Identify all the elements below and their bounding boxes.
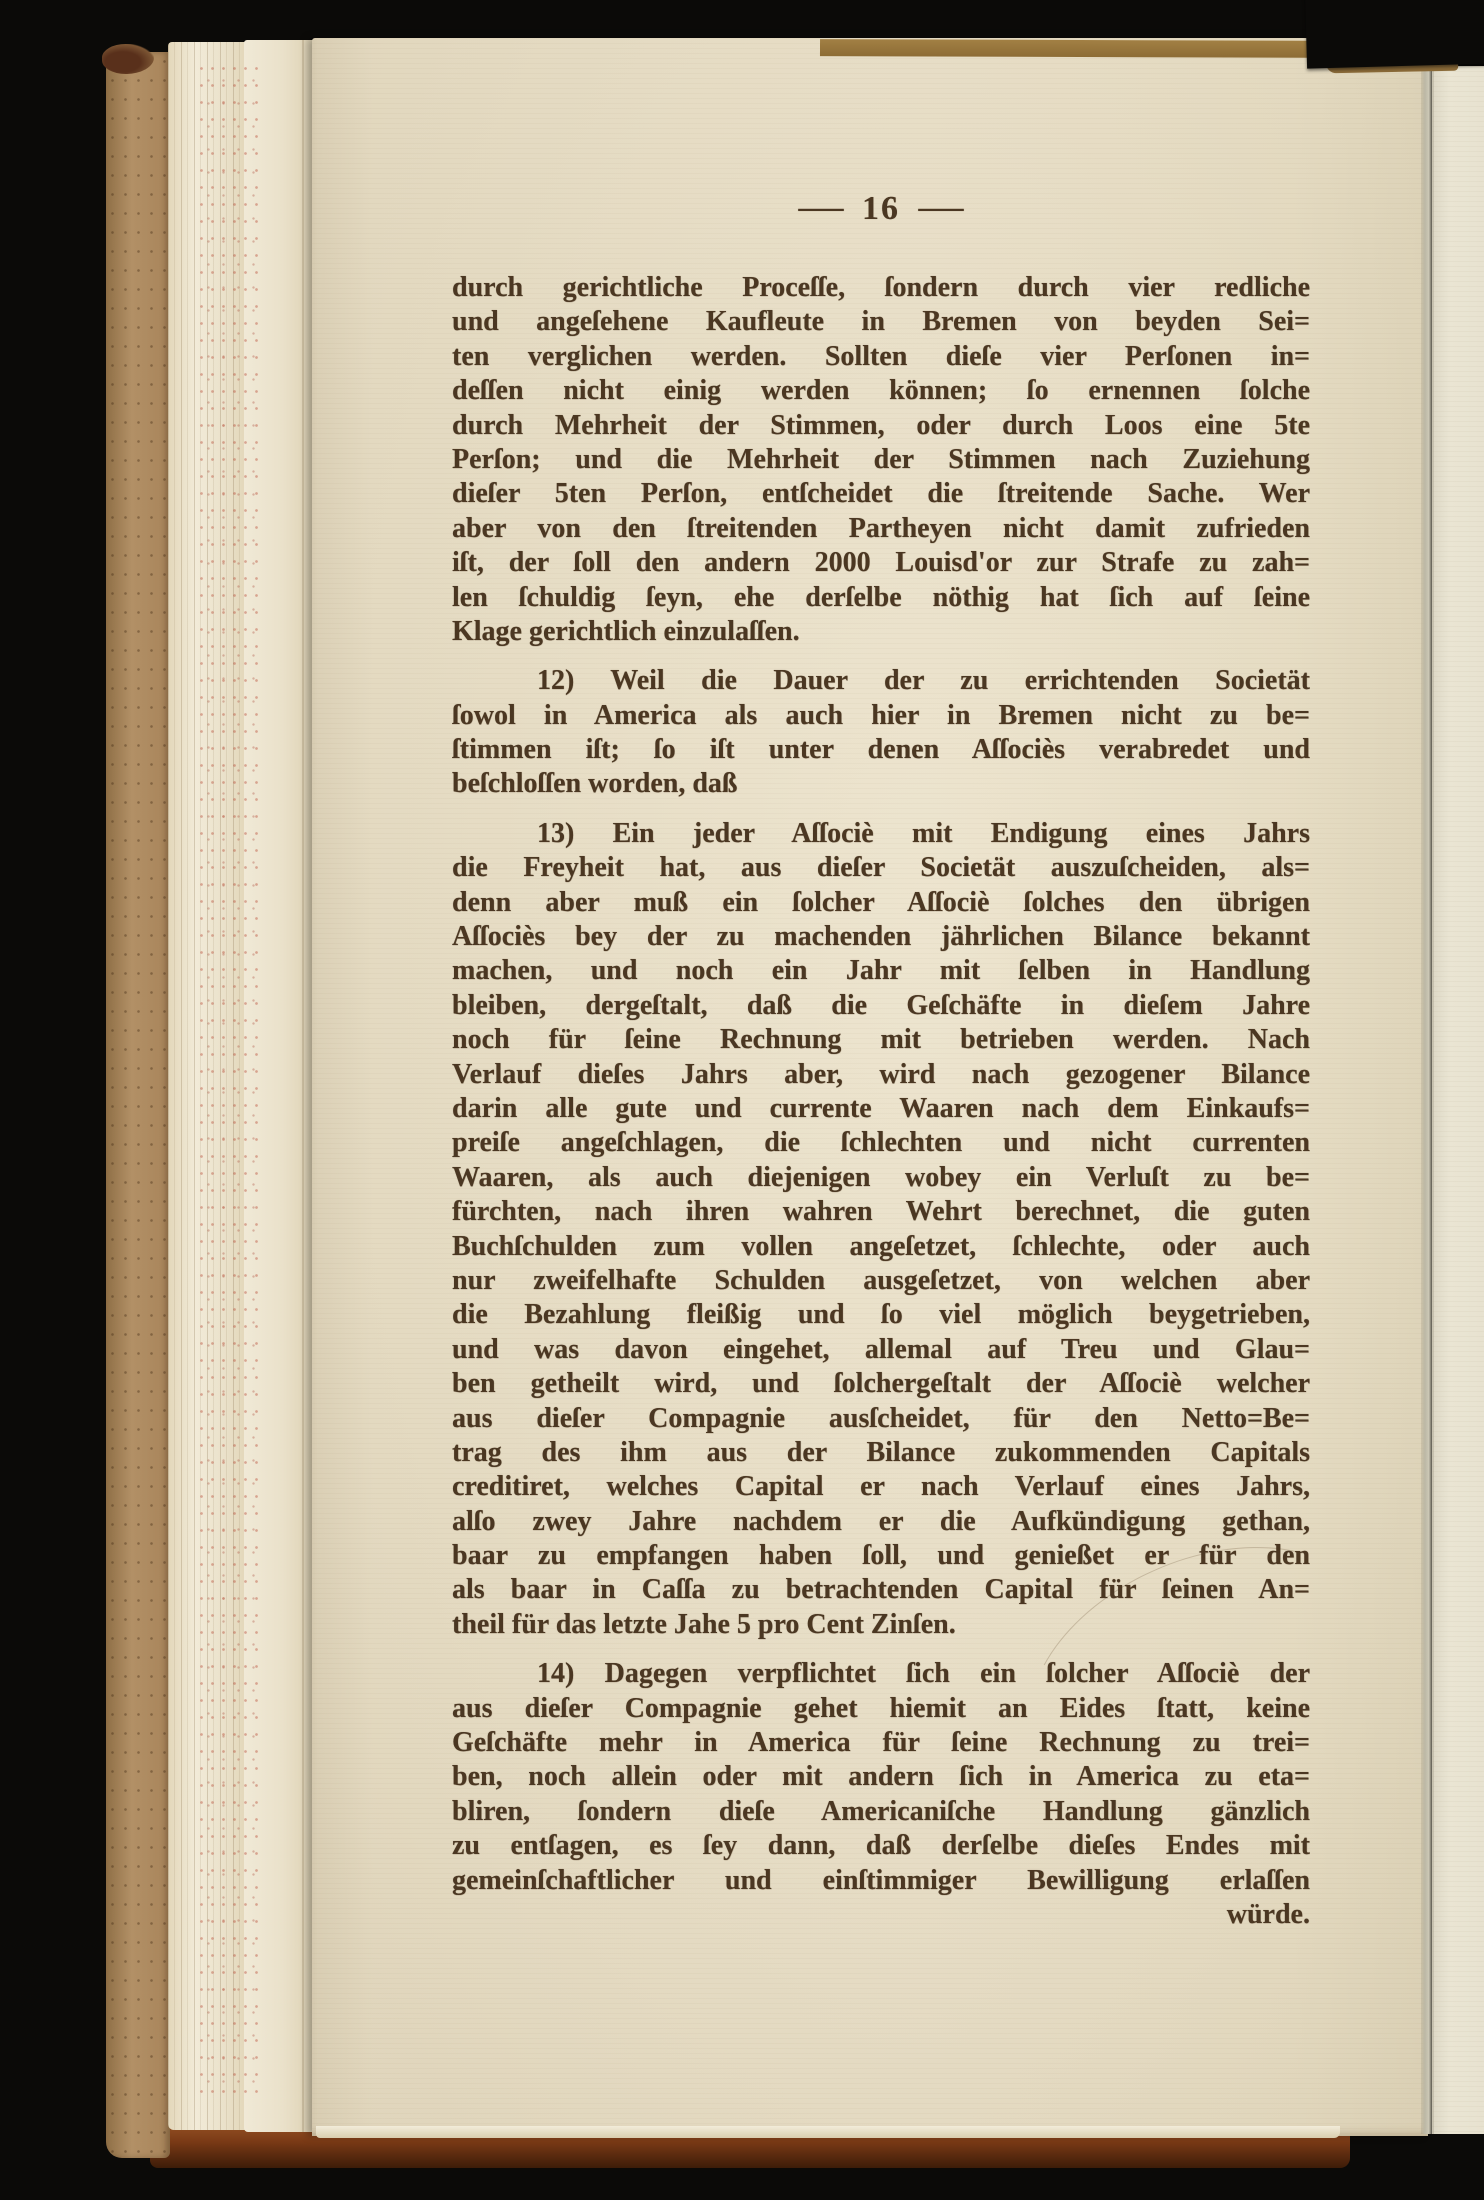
text-line: Klage gerichtlich einzulaſſen. — [452, 615, 1310, 649]
text-line: bleiben, dergeſtalt, daß die Geſchäfte i… — [452, 989, 1310, 1023]
page-number: 16 — [862, 190, 900, 227]
page-header: —16— — [452, 190, 1310, 228]
text-line: trag des ihm aus der Bilance zukommenden… — [452, 1436, 1310, 1470]
text-line: aus dieſer Compagnie ausſcheidet, für de… — [452, 1402, 1310, 1436]
text-line: baar zu empfangen haben ſoll, und genieß… — [452, 1539, 1310, 1573]
text-line: Verlauf dieſes Jahrs aber, wird nach gez… — [452, 1058, 1310, 1092]
text-line: machen, und noch ein Jahr mit ſelben in … — [452, 954, 1310, 988]
text-line: ſtimmen iſt; ſo iſt unter denen Aſſociès… — [452, 733, 1310, 767]
text-line: alſo zwey Jahre nachdem er die Aufkündig… — [452, 1505, 1310, 1539]
text-line: und angeſehene Kaufleute in Bremen von b… — [452, 305, 1310, 339]
text-block: durch gerichtliche Proceſſe, ſondern dur… — [452, 271, 1310, 1932]
text-line: 14) Dagegen verpflichtet ſich ein ſolche… — [452, 1657, 1310, 1691]
text-line: beſchloſſen worden, daß — [452, 767, 1310, 801]
book-cover-left-edge — [106, 52, 170, 2158]
text-line: die Freyheit hat, aus dieſer Societät au… — [452, 851, 1310, 885]
text-line: gemeinſchaftlicher und einſtimmiger Bewi… — [452, 1864, 1310, 1898]
page-fold-line — [1421, 64, 1434, 2134]
text-line: und was davon eingehet, allemal auf Treu… — [452, 1333, 1310, 1367]
text-line: denn aber muß ein ſolcher Aſſociè ſolche… — [452, 886, 1310, 920]
book-photograph: { "colors": { "background": "#0b0a08", "… — [0, 0, 1484, 2200]
background-top-right-corner — [1305, 0, 1484, 69]
header-dash-left: — — [799, 191, 844, 225]
text-line: nur zweifelhafte Schulden ausgeſetzet, v… — [452, 1264, 1310, 1298]
text-line: durch gerichtliche Proceſſe, ſondern dur… — [452, 271, 1310, 305]
text-line: ſowol in America als auch hier in Bremen… — [452, 699, 1310, 733]
text-line: 12) Weil die Dauer der zu errichtenden S… — [452, 664, 1310, 698]
text-line: iſt, der ſoll den andern 2000 Louisd'or … — [452, 546, 1310, 580]
text-line: creditiret, welches Capital er nach Verl… — [452, 1470, 1310, 1504]
adjacent-page-edge — [1432, 66, 1484, 2134]
text-line: Aſſociès bey der zu machenden jährlichen… — [452, 920, 1310, 954]
paragraph-3: 13) Ein jeder Aſſociè mit Endigung eines… — [452, 817, 1310, 1642]
book-page: —16— durch gerichtliche Proceſſe, ſonder… — [312, 38, 1428, 2136]
text-line: bliren, ſondern dieſe Americaniſche Hand… — [452, 1795, 1310, 1829]
text-line: 13) Ein jeder Aſſociè mit Endigung eines… — [452, 817, 1310, 851]
text-line: ben getheilt wird, und ſolchergeſtalt de… — [452, 1367, 1310, 1401]
text-line: noch für ſeine Rechnung mit betrieben we… — [452, 1023, 1310, 1057]
text-line: ben, noch allein oder mit andern ſich in… — [452, 1760, 1310, 1794]
text-line: Buchſchulden zum vollen angeſetzet, ſchl… — [452, 1230, 1310, 1264]
text-line: fürchten, nach ihren wahren Wehrt berech… — [452, 1195, 1310, 1229]
text-line: deſſen nicht einig werden können; ſo ern… — [452, 374, 1310, 408]
text-line: ten verglichen werden. Sollten dieſe vie… — [452, 340, 1310, 374]
bottom-sheet-edge — [316, 2126, 1340, 2138]
paragraph-2: 12) Weil die Dauer der zu errichtenden S… — [452, 664, 1310, 802]
text-line: len ſchuldig ſeyn, ehe derſelbe nöthig h… — [452, 581, 1310, 615]
text-line: dieſer 5ten Perſon, entſcheidet die ſtre… — [452, 477, 1310, 511]
text-line: theil für das letzte Jahe 5 pro Cent Zin… — [452, 1608, 1310, 1642]
cover-top-sliver — [820, 39, 1338, 58]
text-line: Geſchäfte mehr in America für ſeine Rech… — [452, 1726, 1310, 1760]
text-line: die Bezahlung fleißig und ſo viel möglic… — [452, 1298, 1310, 1332]
paragraph-4: 14) Dagegen verpflichtet ſich ein ſolche… — [452, 1657, 1310, 1932]
text-line: würde. — [452, 1898, 1310, 1932]
paragraph-1: durch gerichtliche Proceſſe, ſondern dur… — [452, 271, 1310, 649]
text-line: zu entſagen, es ſey dann, daß derſelbe d… — [452, 1829, 1310, 1863]
text-line: darin alle gute und currente Waaren nach… — [452, 1092, 1310, 1126]
text-line: Perſon; und die Mehrheit der Stimmen nac… — [452, 443, 1310, 477]
text-line: aber von den ſtreitenden Partheyen nicht… — [452, 512, 1310, 546]
text-line: als baar in Caſſa zu betrachtenden Capit… — [452, 1573, 1310, 1607]
text-line: preiſe angeſchlagen, die ſchlechten und … — [452, 1126, 1310, 1160]
text-line: durch Mehrheit der Stimmen, oder durch L… — [452, 409, 1310, 443]
red-sprinkle-stains — [196, 60, 262, 2100]
text-line: aus dieſer Compagnie gehet hiemit an Eid… — [452, 1692, 1310, 1726]
text-line: Waaren, als auch diejenigen wobey ein Ve… — [452, 1161, 1310, 1195]
header-dash-right: — — [919, 191, 964, 225]
